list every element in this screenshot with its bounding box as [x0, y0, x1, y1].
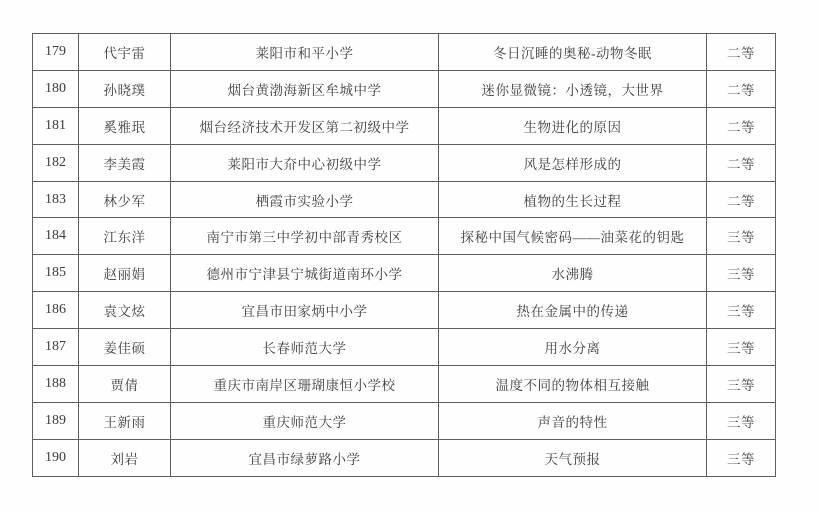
- work-cell: 探秘中国气候密码——油菜花的钥匙: [439, 218, 707, 255]
- work-cell: 风是怎样形成的: [439, 144, 707, 181]
- award-cell: 三等: [707, 402, 776, 439]
- name-cell: 代宇雷: [79, 34, 171, 71]
- rank-cell: 185: [33, 255, 79, 292]
- name-cell: 江东洋: [79, 218, 171, 255]
- school-cell: 重庆师范大学: [171, 402, 439, 439]
- award-cell: 三等: [707, 329, 776, 366]
- table-row: 181 奚雅珉 烟台经济技术开发区第二初级中学 生物进化的原因 二等: [33, 107, 776, 144]
- school-cell: 宜昌市田家炳中小学: [171, 292, 439, 329]
- award-cell: 二等: [707, 70, 776, 107]
- work-cell: 水沸腾: [439, 255, 707, 292]
- rank-cell: 182: [33, 144, 79, 181]
- name-cell: 姜佳硕: [79, 329, 171, 366]
- school-cell: 德州市宁津县宁城街道南环小学: [171, 255, 439, 292]
- table-row: 186 袁文炫 宜昌市田家炳中小学 热在金属中的传递 三等: [33, 292, 776, 329]
- name-cell: 袁文炫: [79, 292, 171, 329]
- table-row: 184 江东洋 南宁市第三中学初中部青秀校区 探秘中国气候密码——油菜花的钥匙 …: [33, 218, 776, 255]
- award-cell: 二等: [707, 34, 776, 71]
- rank-cell: 183: [33, 181, 79, 218]
- school-cell: 烟台经济技术开发区第二初级中学: [171, 107, 439, 144]
- table-row: 180 孙晓璞 烟台黄渤海新区牟城中学 迷你显微镜：小透镜，大世界 二等: [33, 70, 776, 107]
- school-cell: 栖霞市实验小学: [171, 181, 439, 218]
- award-cell: 二等: [707, 181, 776, 218]
- rank-cell: 187: [33, 329, 79, 366]
- award-cell: 三等: [707, 439, 776, 476]
- school-cell: 重庆市南岸区珊瑚康恒小学校: [171, 366, 439, 403]
- table-row: 188 贾倩 重庆市南岸区珊瑚康恒小学校 温度不同的物体相互接触 三等: [33, 366, 776, 403]
- award-cell: 二等: [707, 144, 776, 181]
- name-cell: 赵丽娟: [79, 255, 171, 292]
- name-cell: 林少军: [79, 181, 171, 218]
- school-cell: 长春师范大学: [171, 329, 439, 366]
- document-page: 179 代宇雷 莱阳市和平小学 冬日沉睡的奥秘-动物冬眠 二等 180 孙晓璞 …: [0, 0, 819, 511]
- award-cell: 三等: [707, 292, 776, 329]
- work-cell: 生物进化的原因: [439, 107, 707, 144]
- award-cell: 二等: [707, 107, 776, 144]
- table-row: 189 王新雨 重庆师范大学 声音的特性 三等: [33, 402, 776, 439]
- name-cell: 王新雨: [79, 402, 171, 439]
- table-row: 190 刘岩 宜昌市绿萝路小学 天气预报 三等: [33, 439, 776, 476]
- name-cell: 刘岩: [79, 439, 171, 476]
- award-cell: 三等: [707, 255, 776, 292]
- table-row: 179 代宇雷 莱阳市和平小学 冬日沉睡的奥秘-动物冬眠 二等: [33, 34, 776, 71]
- rank-cell: 189: [33, 402, 79, 439]
- school-cell: 烟台黄渤海新区牟城中学: [171, 70, 439, 107]
- name-cell: 贾倩: [79, 366, 171, 403]
- awards-table: 179 代宇雷 莱阳市和平小学 冬日沉睡的奥秘-动物冬眠 二等 180 孙晓璞 …: [32, 33, 776, 477]
- work-cell: 声音的特性: [439, 402, 707, 439]
- school-cell: 宜昌市绿萝路小学: [171, 439, 439, 476]
- school-cell: 莱阳市和平小学: [171, 34, 439, 71]
- rank-cell: 179: [33, 34, 79, 71]
- name-cell: 奚雅珉: [79, 107, 171, 144]
- name-cell: 李美霞: [79, 144, 171, 181]
- work-cell: 用水分离: [439, 329, 707, 366]
- award-cell: 三等: [707, 366, 776, 403]
- work-cell: 温度不同的物体相互接触: [439, 366, 707, 403]
- work-cell: 天气预报: [439, 439, 707, 476]
- school-cell: 莱阳市大夼中心初级中学: [171, 144, 439, 181]
- rank-cell: 188: [33, 366, 79, 403]
- rank-cell: 190: [33, 439, 79, 476]
- work-cell: 迷你显微镜：小透镜，大世界: [439, 70, 707, 107]
- rank-cell: 184: [33, 218, 79, 255]
- table-row: 182 李美霞 莱阳市大夼中心初级中学 风是怎样形成的 二等: [33, 144, 776, 181]
- work-cell: 植物的生长过程: [439, 181, 707, 218]
- award-cell: 三等: [707, 218, 776, 255]
- work-cell: 冬日沉睡的奥秘-动物冬眠: [439, 34, 707, 71]
- table-row: 183 林少军 栖霞市实验小学 植物的生长过程 二等: [33, 181, 776, 218]
- work-cell: 热在金属中的传递: [439, 292, 707, 329]
- name-cell: 孙晓璞: [79, 70, 171, 107]
- rank-cell: 186: [33, 292, 79, 329]
- table-row: 185 赵丽娟 德州市宁津县宁城街道南环小学 水沸腾 三等: [33, 255, 776, 292]
- rank-cell: 181: [33, 107, 79, 144]
- table-row: 187 姜佳硕 长春师范大学 用水分离 三等: [33, 329, 776, 366]
- school-cell: 南宁市第三中学初中部青秀校区: [171, 218, 439, 255]
- rank-cell: 180: [33, 70, 79, 107]
